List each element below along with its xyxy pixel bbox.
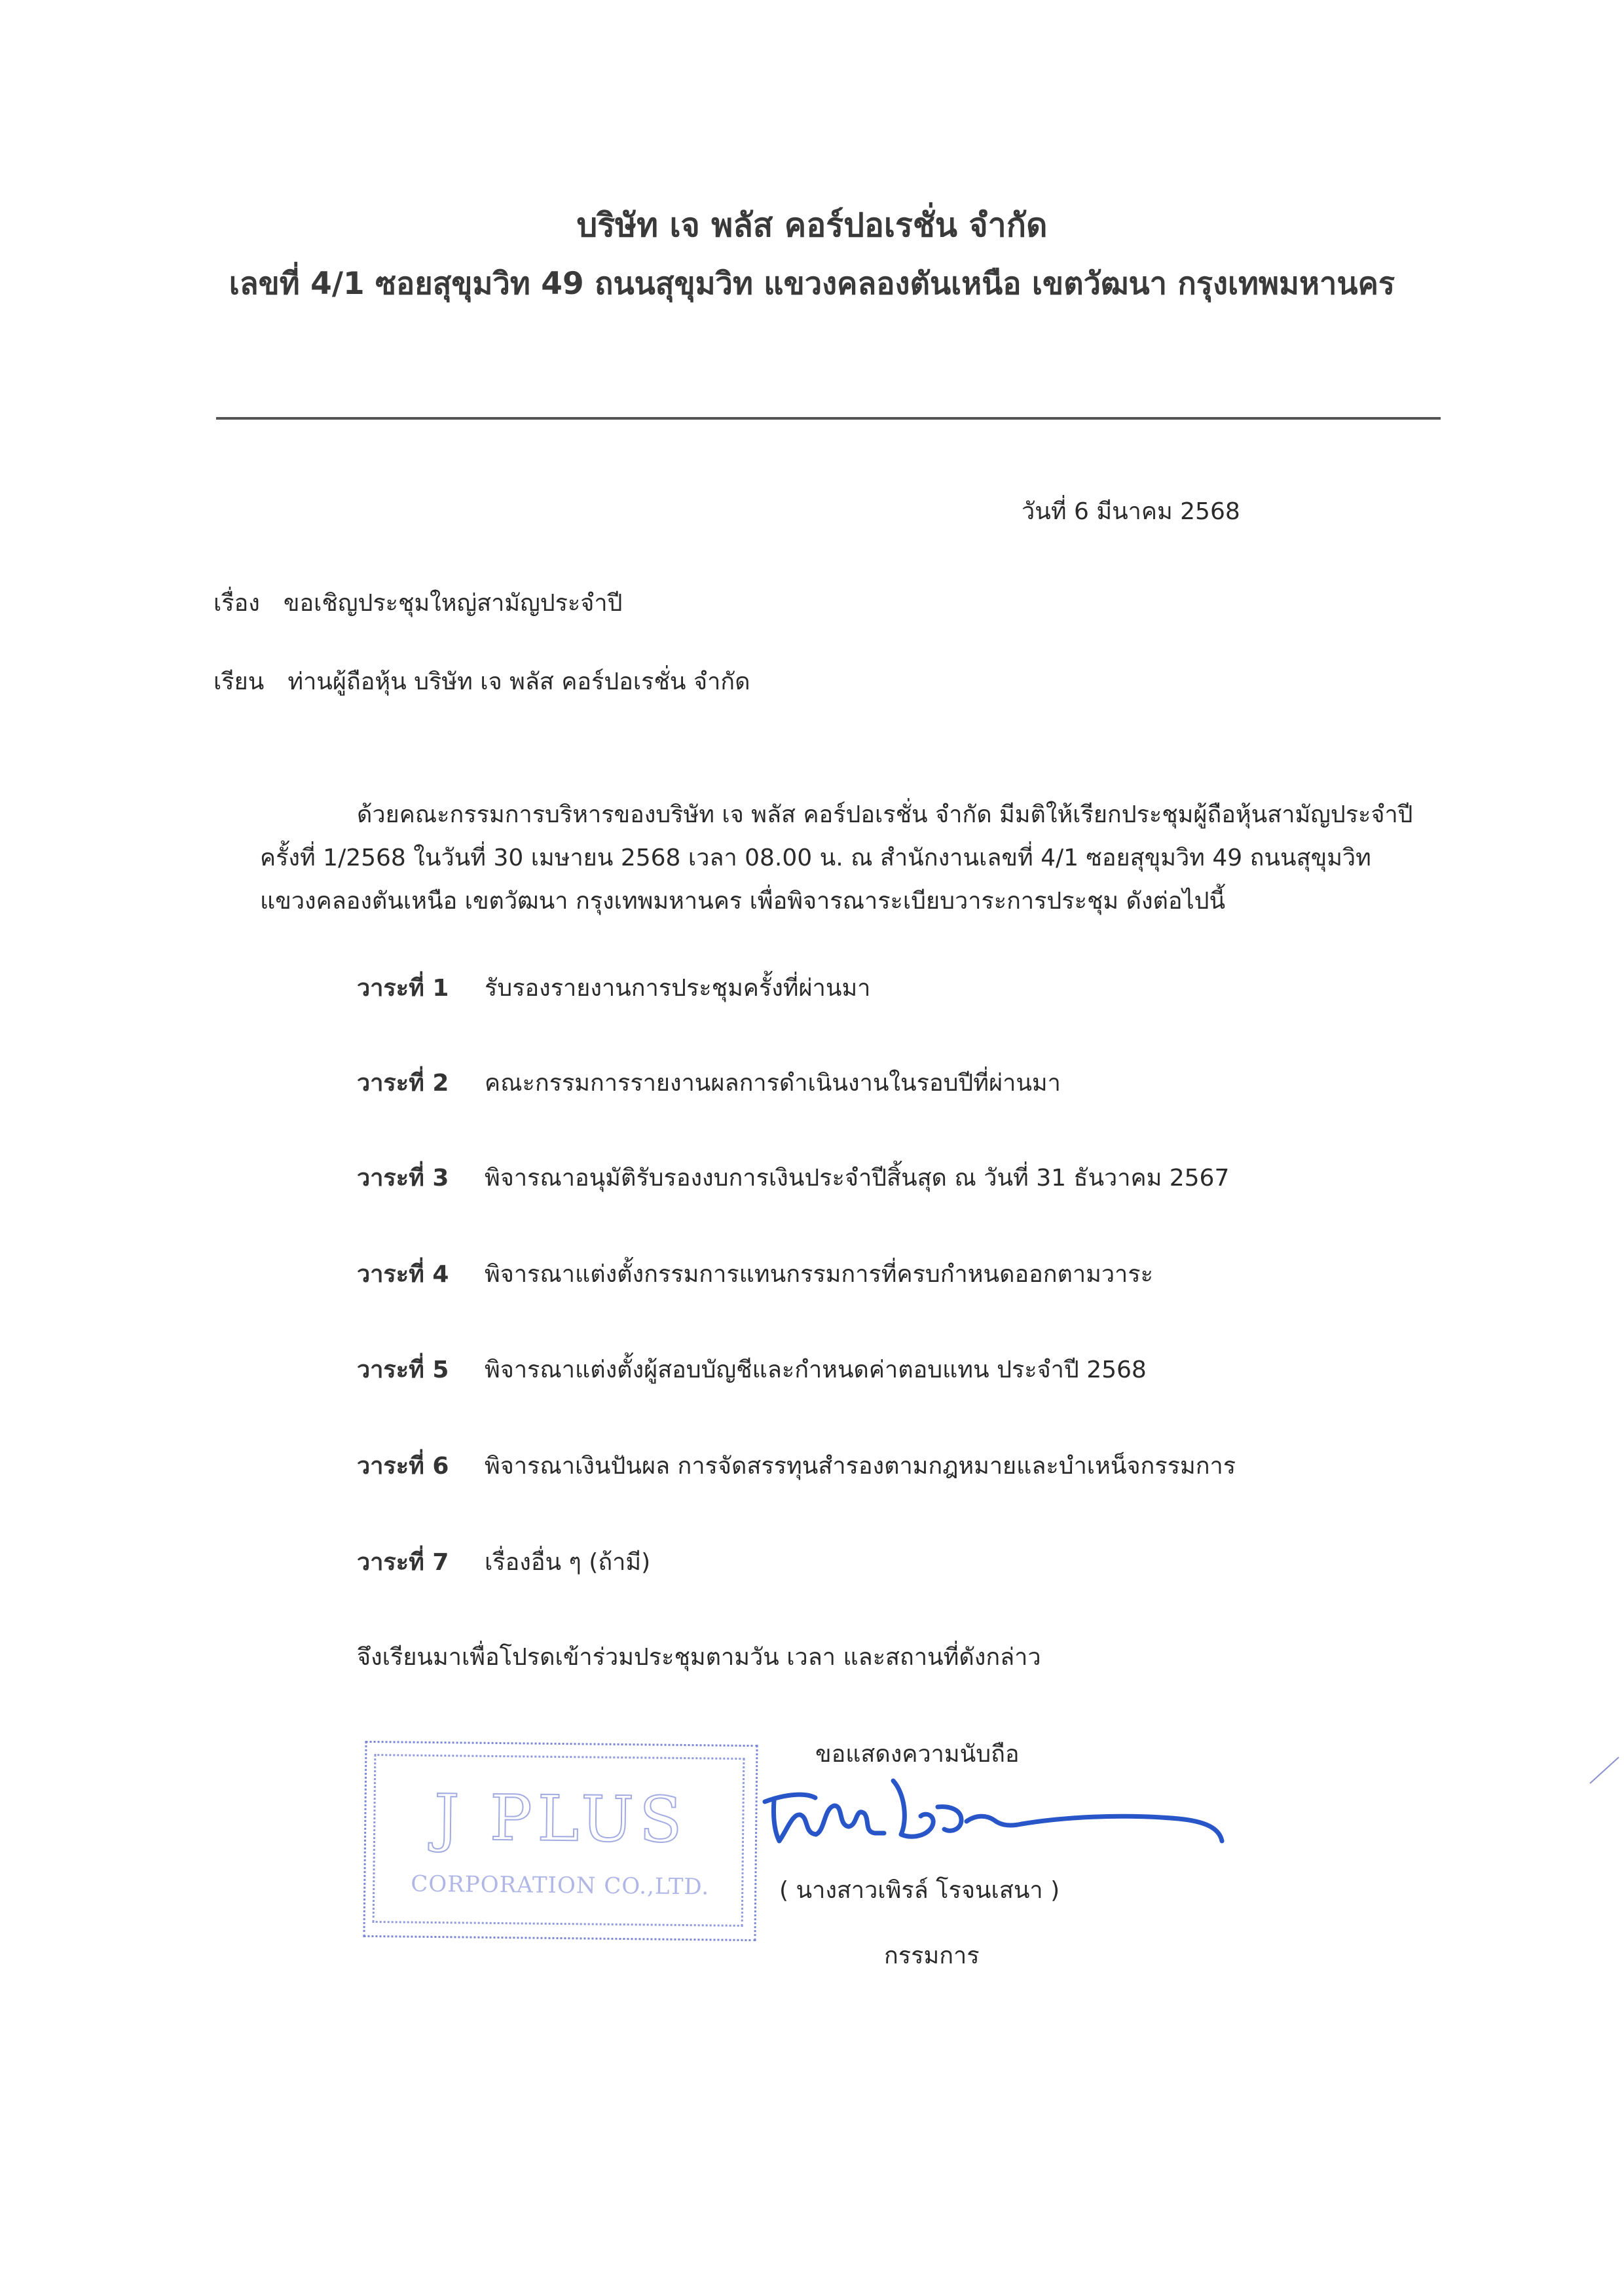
agenda-item: วาระที่ 6พิจารณาเงินปันผล การจัดสรรทุนสำ… bbox=[357, 1447, 1236, 1484]
recipient-label: เรียน bbox=[213, 668, 264, 695]
agenda-label: วาระที่ 6 bbox=[357, 1447, 485, 1484]
signatory-name: ( นางสาวเพิรล์ โรจนเสนา ) bbox=[779, 1871, 1060, 1908]
agenda-item: วาระที่ 1รับรองรายงานการประชุมครั้งที่ผ่… bbox=[357, 969, 870, 1006]
subject-line: เรื่องขอเชิญประชุมใหญ่สามัญประจำปี bbox=[213, 584, 622, 621]
agenda-label: วาระที่ 7 bbox=[357, 1543, 485, 1580]
agenda-label: วาระที่ 1 bbox=[357, 969, 485, 1006]
agenda-text: พิจารณาแต่งตั้งผู้สอบบัญชีและกำหนดค่าตอบ… bbox=[485, 1357, 1147, 1383]
agenda-text: เรื่องอื่น ๆ (ถ้ามี) bbox=[485, 1549, 650, 1576]
body-line: ด้วยคณะกรรมการบริหารของบริษัท เจ พลัส คอ… bbox=[260, 793, 1465, 837]
company-name-heading: บริษัท เจ พลัส คอร์ปอเรชั่น จำกัด bbox=[0, 200, 1624, 251]
regards-text: ขอแสดงความนับถือ bbox=[815, 1735, 1019, 1772]
subject-label: เรื่อง bbox=[213, 590, 260, 617]
agenda-label: วาระที่ 5 bbox=[357, 1351, 485, 1388]
company-address-heading: เลขที่ 4/1 ซอยสุขุมวิท 49 ถนนสุขุมวิท แข… bbox=[0, 259, 1624, 308]
agenda-text: พิจารณาแต่งตั้งกรรมการแทนกรรมการที่ครบกำ… bbox=[485, 1261, 1153, 1288]
signatory-role: กรรมการ bbox=[884, 1937, 980, 1974]
closing-sentence: จึงเรียนมาเพื่อโปรดเข้าร่วมประชุมตามวัน … bbox=[357, 1638, 1041, 1675]
stamp-title: J PLUS bbox=[364, 1780, 758, 1857]
agenda-item: วาระที่ 3พิจารณาอนุมัติรับรองงบการเงินปร… bbox=[357, 1159, 1229, 1196]
agenda-label: วาระที่ 3 bbox=[357, 1159, 485, 1196]
agenda-item: วาระที่ 4พิจารณาแต่งตั้งกรรมการแทนกรรมกา… bbox=[357, 1255, 1153, 1292]
agenda-item: วาระที่ 5พิจารณาแต่งตั้งผู้สอบบัญชีและกำ… bbox=[357, 1351, 1147, 1388]
header-divider bbox=[216, 417, 1441, 420]
body-line: แขวงคลองตันเหนือ เขตวัฒนา กรุงเทพมหานคร … bbox=[260, 880, 1465, 923]
company-stamp: J PLUS CORPORATION CO.,LTD. bbox=[363, 1741, 758, 1941]
agenda-text: รับรองรายงานการประชุมครั้งที่ผ่านมา bbox=[485, 975, 870, 1002]
handwritten-signature bbox=[753, 1768, 1231, 1859]
letter-date: วันที่ 6 มีนาคม 2568 bbox=[1022, 492, 1240, 530]
subject-text: ขอเชิญประชุมใหญ่สามัญประจำปี bbox=[284, 590, 623, 617]
stamp-subtitle: CORPORATION CO.,LTD. bbox=[363, 1870, 756, 1901]
agenda-text: คณะกรรมการรายงานผลการดำเนินงานในรอบปีที่… bbox=[485, 1070, 1061, 1097]
body-line: ครั้งที่ 1/2568 ในวันที่ 30 เมษายน 2568 … bbox=[260, 837, 1465, 880]
agenda-text: พิจารณาอนุมัติรับรองงบการเงินประจำปีสิ้น… bbox=[485, 1165, 1229, 1192]
recipient-line: เรียนท่านผู้ถือหุ้น บริษัท เจ พลัส คอร์ป… bbox=[213, 663, 750, 700]
agenda-item: วาระที่ 2คณะกรรมการรายงานผลการดำเนินงานใ… bbox=[357, 1064, 1061, 1101]
agenda-label: วาระที่ 2 bbox=[357, 1064, 485, 1101]
pen-mark bbox=[1585, 1755, 1624, 1787]
agenda-text: พิจารณาเงินปันผล การจัดสรรทุนสำรองตามกฎห… bbox=[485, 1453, 1236, 1480]
recipient-text: ท่านผู้ถือหุ้น บริษัท เจ พลัส คอร์ปอเรชั… bbox=[287, 668, 750, 695]
agenda-label: วาระที่ 4 bbox=[357, 1255, 485, 1292]
agenda-item: วาระที่ 7เรื่องอื่น ๆ (ถ้ามี) bbox=[357, 1543, 650, 1580]
body-paragraph: ด้วยคณะกรรมการบริหารของบริษัท เจ พลัส คอ… bbox=[260, 793, 1465, 923]
